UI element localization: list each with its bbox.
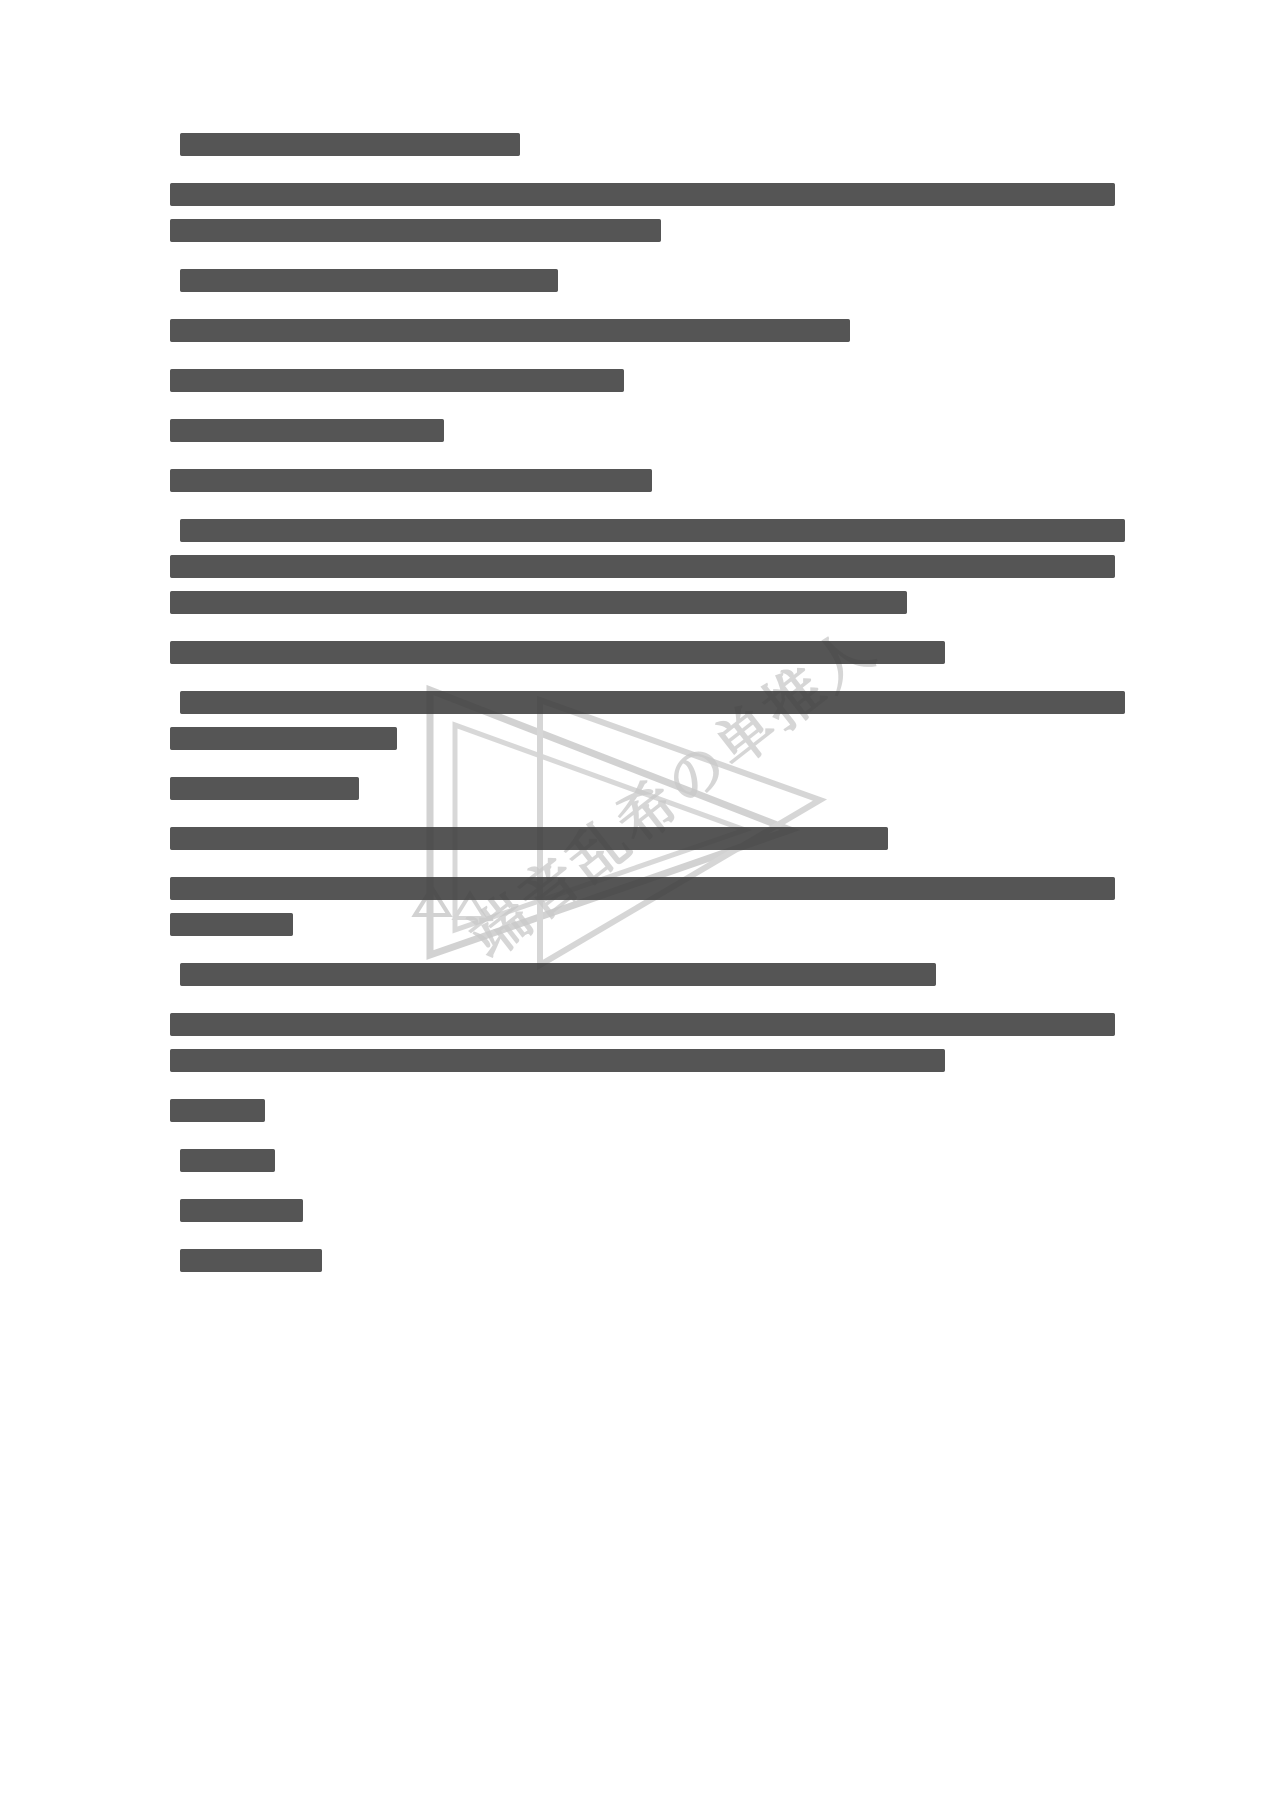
redacted-paragraph-dialogue <box>170 133 1115 156</box>
redacted-text-line <box>180 519 1125 542</box>
redacted-text-line <box>170 827 888 850</box>
redacted-text-line <box>170 1013 1115 1036</box>
redacted-text-line <box>170 419 444 442</box>
redacted-paragraph-dialogue <box>170 1149 1115 1172</box>
redacted-text-line <box>180 133 520 156</box>
redacted-paragraph-dialogue <box>170 1249 1115 1272</box>
redacted-text-line <box>170 641 945 664</box>
redacted-text-line <box>170 1049 945 1072</box>
redacted-paragraph-narration <box>170 641 1115 664</box>
redacted-paragraph-dialogue <box>170 269 1115 292</box>
redacted-paragraph-narration <box>170 1013 1115 1072</box>
redacted-text-line <box>180 1149 275 1172</box>
redacted-text-line <box>170 183 1115 206</box>
redacted-text-line <box>170 591 907 614</box>
redacted-text-line <box>180 963 936 986</box>
redacted-text-line <box>180 691 1125 714</box>
redacted-text-line <box>180 269 558 292</box>
redacted-paragraph-narration <box>170 827 1115 850</box>
redacted-paragraph-narration <box>170 419 1115 442</box>
redacted-text-line <box>170 877 1115 900</box>
redacted-text-line <box>170 219 661 242</box>
redacted-text-line <box>170 469 652 492</box>
redacted-text-line <box>180 1199 303 1222</box>
redacted-text-line <box>170 1099 265 1122</box>
redacted-text-line <box>180 1249 322 1272</box>
redacted-paragraph-dialogue <box>170 1199 1115 1222</box>
redacted-paragraph-dialogue <box>170 519 1115 614</box>
redacted-paragraph-narration <box>170 469 1115 492</box>
document-page: 端音乱希の单推人 Original page contained explici… <box>0 0 1280 1810</box>
redacted-paragraph-dialogue <box>170 691 1115 750</box>
redacted-text-line <box>170 727 397 750</box>
redacted-paragraph-narration <box>170 183 1115 242</box>
redacted-paragraph-narration <box>170 369 1115 392</box>
redacted-paragraph-narration <box>170 777 1115 800</box>
redacted-paragraph-dialogue <box>170 963 1115 986</box>
text-column <box>170 133 1115 1299</box>
redacted-text-line <box>170 555 1115 578</box>
redacted-text-line <box>170 913 293 936</box>
redacted-text-line <box>170 777 359 800</box>
redacted-paragraph-narration <box>170 319 1115 342</box>
redacted-text-line <box>170 319 850 342</box>
redacted-paragraph-narration <box>170 1099 1115 1122</box>
redacted-paragraph-narration <box>170 877 1115 936</box>
redacted-text-line <box>170 369 624 392</box>
